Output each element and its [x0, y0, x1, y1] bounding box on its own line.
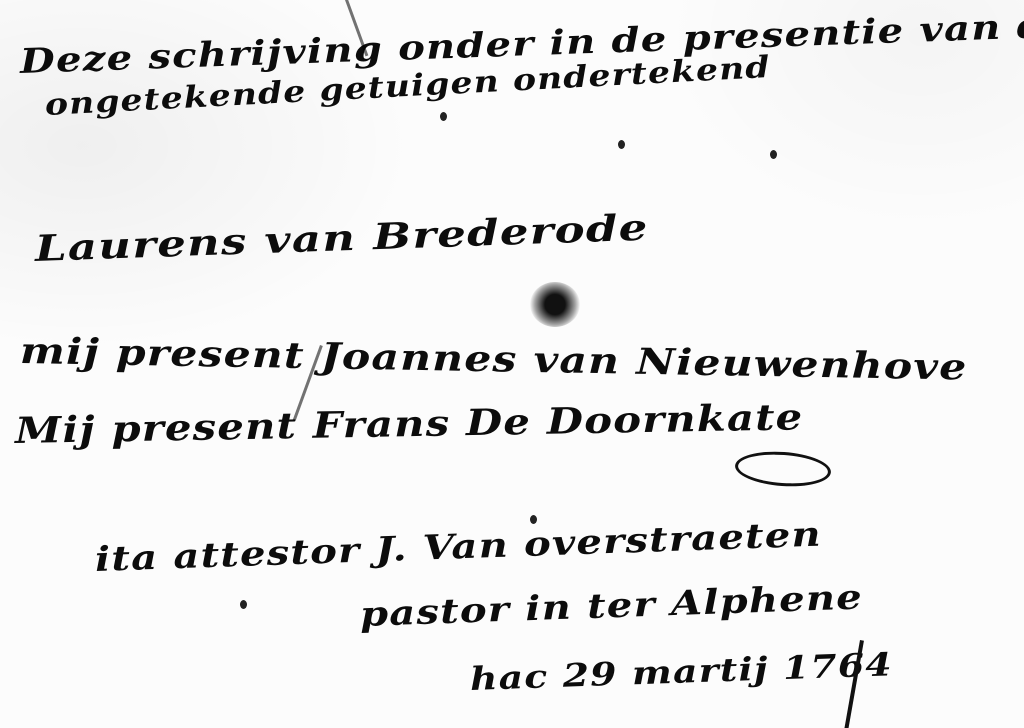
document-page: Deze schrijving onder in de presentie va… — [0, 0, 1024, 728]
ink-speck — [440, 112, 447, 121]
pastor-line: pastor in ter Alphene — [359, 577, 863, 635]
ink-blot — [530, 282, 580, 327]
ink-speck — [618, 140, 625, 149]
witness-line-nieuwenhove: mij present Joannes van Nieuwenhove — [20, 330, 968, 389]
ink-speck — [240, 600, 247, 609]
date-line: hac 29 martij 1764 — [469, 645, 893, 698]
signature-flourish — [734, 449, 832, 490]
ink-speck — [770, 150, 777, 159]
witness-line-doornkate: Mij present Frans De Doornkate — [15, 396, 804, 452]
ink-speck — [530, 515, 537, 524]
signature-line-brederode: Laurens van Brederode — [34, 207, 649, 270]
attestation-line: ita attestor J. Van overstraeten — [94, 515, 822, 580]
